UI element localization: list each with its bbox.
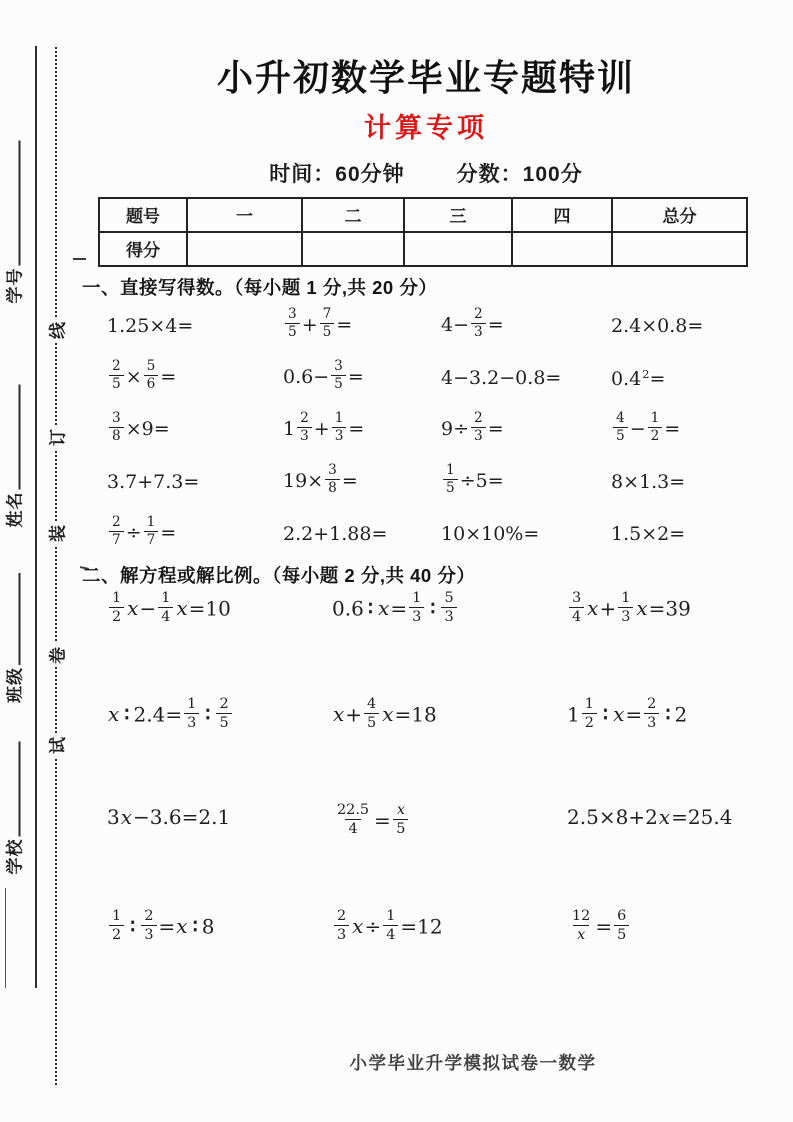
score-cell-empty — [302, 232, 404, 266]
fraction: 25 — [109, 360, 124, 392]
scan-artifact-dash — [73, 258, 86, 260]
fraction: 12 — [582, 697, 597, 731]
student-id-field: 学号 — [1, 141, 26, 304]
name-blank — [6, 385, 21, 490]
worksheet-main: 小升初数学毕业专题特训 计算专项 时间：60分钟分数：100分 题号 一 二 三… — [88, 40, 764, 1013]
worksheet-page: { "colors": { "accent_red": "#e01212", "… — [0, 0, 793, 1122]
score-header-four: 四 — [512, 198, 612, 232]
name-label: 姓名 — [6, 492, 25, 528]
binding-dotted-line — [55, 47, 57, 1085]
fraction: 15 — [443, 464, 458, 496]
fraction: 23 — [471, 308, 486, 340]
footer-text: 小学毕业升学模拟试卷一数学 — [350, 1050, 597, 1075]
fraction: 13 — [409, 591, 424, 625]
problem: 2.2+1.88= — [279, 523, 437, 545]
score-table-header-row: 题号 一 二 三 四 总分 — [99, 198, 747, 232]
score-row-label: 得分 — [99, 232, 187, 266]
problem: 3.7+7.3= — [103, 471, 279, 493]
problem: 112∶x=23∶2 — [563, 695, 764, 733]
fraction: 75 — [320, 308, 335, 340]
problem: 4−3.2−0.8= — [437, 367, 607, 389]
fraction: 13 — [618, 591, 633, 625]
problem: 25×56= — [103, 362, 279, 394]
score-cell-empty — [404, 232, 512, 266]
problem: 23x÷14=12 — [328, 907, 563, 945]
binding-char-shi: 试 — [43, 733, 70, 757]
problem: 4−23= — [437, 310, 607, 342]
scan-artifact-edge-line — [5, 888, 6, 988]
problem: x∶2.4=13∶25 — [103, 695, 328, 733]
ratio-colon: ∶ — [368, 596, 373, 620]
total-score: 分数：100分 — [457, 163, 583, 186]
class-blank — [6, 573, 21, 665]
ratio-colon: ∶ — [665, 702, 670, 726]
problem: 123+13= — [279, 414, 437, 446]
ratio-colon: ∶ — [193, 914, 198, 938]
score-header-one: 一 — [187, 198, 302, 232]
fraction: 13 — [332, 412, 347, 444]
fraction: 23 — [471, 412, 486, 444]
fraction: 35 — [285, 308, 300, 340]
fraction: 14 — [383, 909, 398, 943]
fraction: 45 — [613, 412, 628, 444]
fraction: 53 — [441, 591, 456, 625]
fraction: 23 — [297, 412, 312, 444]
fraction: 23 — [644, 697, 659, 731]
section2-problem-grid: 12x−14x=100.6∶x=13∶5334x+13x=39x∶2.4=13∶… — [103, 589, 764, 1013]
page-subtitle: 计算专项 — [88, 110, 764, 148]
binding-char-xian: 线 — [43, 318, 70, 342]
problem: 12x−14x=10 — [103, 589, 328, 627]
fraction: 65 — [614, 909, 629, 943]
fraction: 25 — [216, 697, 231, 731]
school-blank — [6, 742, 21, 837]
student-id-label: 学号 — [6, 268, 25, 304]
problem: 19×38= — [279, 466, 437, 498]
problem: 38×9= — [103, 414, 279, 446]
binding-solid-line — [35, 46, 37, 988]
problem: 35+75= — [279, 310, 437, 342]
time-limit: 时间：60分钟 — [269, 163, 404, 186]
score-table-score-row: 得分 — [99, 232, 747, 266]
score-table: 题号 一 二 三 四 总分 得分 — [98, 197, 748, 267]
score-header-three: 三 — [404, 198, 512, 232]
problem: 12∶23=x∶8 — [103, 907, 328, 945]
fraction: 22.54 — [334, 803, 372, 837]
fraction: 13 — [184, 697, 199, 731]
problem: 0.6−35= — [279, 362, 437, 394]
fraction: 14 — [158, 591, 173, 625]
section2-heading: 二、解方程或解比例。（每小题 2 分,共 40 分） — [82, 562, 764, 588]
problem: 0.42= — [607, 367, 764, 390]
problem: 2.4×0.8= — [607, 315, 764, 337]
score-header-total: 总分 — [612, 198, 747, 232]
score-cell-empty — [612, 232, 747, 266]
name-field: 姓名 — [1, 385, 26, 528]
problem: 2.5×8+2x=25.4 — [563, 801, 764, 829]
problem: 3x−3.6=2.1 — [103, 801, 328, 829]
problem: 12x=65 — [563, 907, 764, 945]
problem: 22.54=x5 — [328, 801, 563, 839]
binding-char-zhuang: 装 — [43, 521, 70, 545]
ratio-colon: ∶ — [603, 702, 608, 726]
fraction: 34 — [569, 591, 584, 625]
score-header-two: 二 — [302, 198, 404, 232]
school-field: 学校 — [1, 742, 26, 875]
fraction: 27 — [109, 516, 124, 548]
ratio-colon: ∶ — [430, 596, 435, 620]
problem: 34x+13x=39 — [563, 589, 764, 627]
page-title: 小升初数学毕业专题特训 — [88, 52, 764, 104]
fraction: 35 — [331, 360, 346, 392]
fraction: x5 — [393, 803, 409, 837]
fraction: 12 — [109, 591, 124, 625]
score-header-timu: 题号 — [99, 198, 187, 232]
problem: 9÷23= — [437, 414, 607, 446]
fraction: 45 — [364, 697, 379, 731]
class-label: 班级 — [6, 667, 25, 703]
problem: 45−12= — [607, 414, 764, 446]
ratio-colon: ∶ — [205, 702, 210, 726]
binding-char-ding: 订 — [43, 425, 70, 449]
exam-info-line: 时间：60分钟分数：100分 — [88, 158, 764, 188]
problem: x+45x=18 — [328, 695, 563, 733]
problem: 10×10%= — [437, 523, 607, 545]
ratio-colon: ∶ — [130, 914, 135, 938]
fraction: 12 — [648, 412, 663, 444]
problem: 1.5×2= — [607, 523, 764, 545]
problem: 27÷17= — [103, 518, 279, 550]
fraction: 56 — [144, 360, 159, 392]
fraction: 38 — [109, 412, 124, 444]
score-cell-empty — [187, 232, 302, 266]
problem: 0.6∶x=13∶53 — [328, 589, 563, 627]
fraction: 12 — [109, 909, 124, 943]
binding-char-juan: 卷 — [43, 643, 70, 667]
section1-heading: 一、直接写得数。（每小题 1 分,共 20 分） — [82, 274, 764, 300]
fraction: 38 — [325, 464, 340, 496]
problem: 1.25×4= — [103, 315, 279, 337]
fraction: 23 — [141, 909, 156, 943]
problem: 15÷5= — [437, 466, 607, 498]
problem: 8×1.3= — [607, 471, 764, 493]
score-cell-empty — [512, 232, 612, 266]
ratio-colon: ∶ — [124, 702, 129, 726]
section1-problem-grid: 1.25×4=35+75=4−23=2.4×0.8=25×56=0.6−35=4… — [103, 300, 764, 560]
fraction: 17 — [144, 516, 159, 548]
school-label: 学校 — [6, 839, 25, 875]
fraction: 12x — [569, 909, 593, 943]
student-id-blank — [6, 141, 21, 266]
class-field: 班级 — [1, 573, 26, 703]
fraction: 23 — [334, 909, 349, 943]
